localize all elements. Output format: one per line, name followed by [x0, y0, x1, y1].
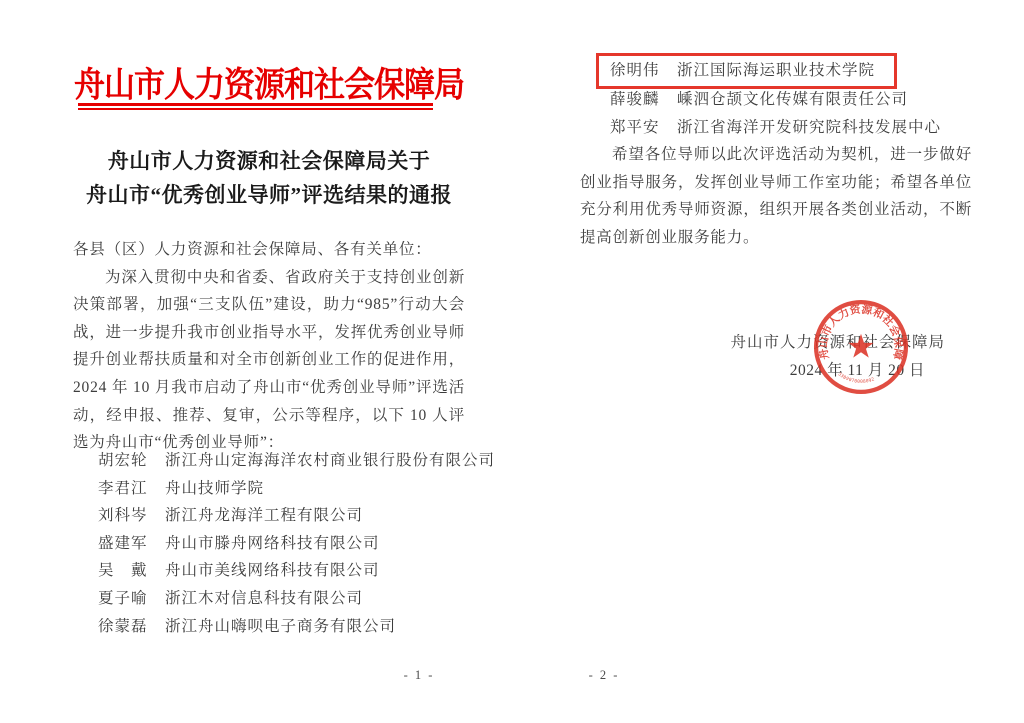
mentor-name: 徐明伟 — [610, 56, 677, 86]
mentor-org: 嵊泗仓颉文化传媒有限责任公司 — [677, 86, 972, 114]
mentor-name: 薛骏麟 — [610, 86, 677, 114]
agency-masthead: 舟山市人力资源和社会保障局 — [73, 56, 465, 106]
mentor-org: 舟山技师学院 — [165, 475, 465, 503]
mentor-list-page1: 胡宏轮 浙江舟山定海海洋农村商业银行股份有限公司 李君江 舟山技师学院 刘科岑 … — [73, 447, 465, 640]
page-2: 徐明伟 浙江国际海运职业技术学院 薛骏麟 嵊泗仓颉文化传媒有限责任公司 郑平安 … — [580, 0, 972, 723]
svg-text:3309070008092: 3309070008092 — [837, 371, 876, 385]
mentor-org: 浙江舟山定海海洋农村商业银行股份有限公司 — [165, 447, 495, 475]
list-item: 夏子喻 浙江木对信息科技有限公司 — [73, 585, 465, 613]
mentor-name: 吴 戴 — [98, 557, 165, 585]
seal-star-icon — [848, 334, 873, 358]
mentor-org: 浙江国际海运职业技术学院 — [677, 56, 894, 86]
paragraph-1: 为深入贯彻中央和省委、省政府关于支持创业创新决策部署，加强“三支队伍”建设，助力… — [73, 264, 465, 457]
official-seal-stamp: 舟山市人力资源和社会保障局 3309070008092 — [809, 295, 913, 399]
seal-code-text: 3309070008092 — [837, 371, 876, 385]
masthead-double-rule — [78, 103, 433, 110]
page-number-1: - 1 - — [389, 668, 449, 683]
mentor-org: 浙江木对信息科技有限公司 — [165, 585, 465, 613]
page-1: 舟山市人力资源和社会保障局 舟山市人力资源和社会保障局关于 舟山市“优秀创业导师… — [73, 0, 465, 723]
mentor-name: 胡宏轮 — [98, 447, 165, 475]
salutation: 各县（区）人力资源和社会保障局、各有关单位： — [73, 236, 465, 264]
document-title: 舟山市人力资源和社会保障局关于 舟山市“优秀创业导师”评选结果的通报 — [73, 144, 465, 212]
list-item: 胡宏轮 浙江舟山定海海洋农村商业银行股份有限公司 — [73, 447, 465, 475]
list-item: 吴 戴 舟山市美线网络科技有限公司 — [73, 557, 465, 585]
mentor-org: 舟山市滕舟网络科技有限公司 — [165, 530, 465, 558]
mentor-name: 刘科岑 — [98, 502, 165, 530]
list-item: 刘科岑 浙江舟龙海洋工程有限公司 — [73, 502, 465, 530]
body-text: 各县（区）人力资源和社会保障局、各有关单位： 为深入贯彻中央和省委、省政府关于支… — [73, 236, 465, 457]
mentor-name: 徐蒙磊 — [98, 613, 165, 641]
mentor-name: 郑平安 — [610, 114, 677, 142]
list-item-highlighted: 徐明伟 浙江国际海运职业技术学院 — [599, 56, 894, 86]
mentor-org: 浙江舟龙海洋工程有限公司 — [165, 502, 465, 530]
mentor-org: 浙江省海洋开发研究院科技发展中心 — [677, 114, 972, 142]
list-item: 李君江 舟山技师学院 — [73, 475, 465, 503]
page-number-2: - 2 - — [574, 668, 634, 683]
document-title-line2: 舟山市“优秀创业导师”评选结果的通报 — [73, 178, 465, 212]
highlight-annotation-box: 徐明伟 浙江国际海运职业技术学院 — [596, 53, 897, 89]
mentor-name: 李君江 — [98, 475, 165, 503]
document-title-line1: 舟山市人力资源和社会保障局关于 — [73, 144, 465, 178]
mentor-name: 夏子喻 — [98, 585, 165, 613]
document-canvas: 舟山市人力资源和社会保障局 舟山市人力资源和社会保障局关于 舟山市“优秀创业导师… — [0, 0, 1024, 723]
list-item: 盛建军 舟山市滕舟网络科技有限公司 — [73, 530, 465, 558]
mentor-name: 盛建军 — [98, 530, 165, 558]
list-item: 郑平安 浙江省海洋开发研究院科技发展中心 — [580, 114, 972, 142]
mentor-org: 浙江舟山嗨呗电子商务有限公司 — [165, 613, 465, 641]
mentor-org: 舟山市美线网络科技有限公司 — [165, 557, 465, 585]
list-item: 徐蒙磊 浙江舟山嗨呗电子商务有限公司 — [73, 613, 465, 641]
paragraph-2: 希望各位导师以此次评选活动为契机，进一步做好创业指导服务，发挥创业导师工作室功能… — [580, 141, 972, 251]
list-item: 薛骏麟 嵊泗仓颉文化传媒有限责任公司 — [580, 86, 972, 114]
